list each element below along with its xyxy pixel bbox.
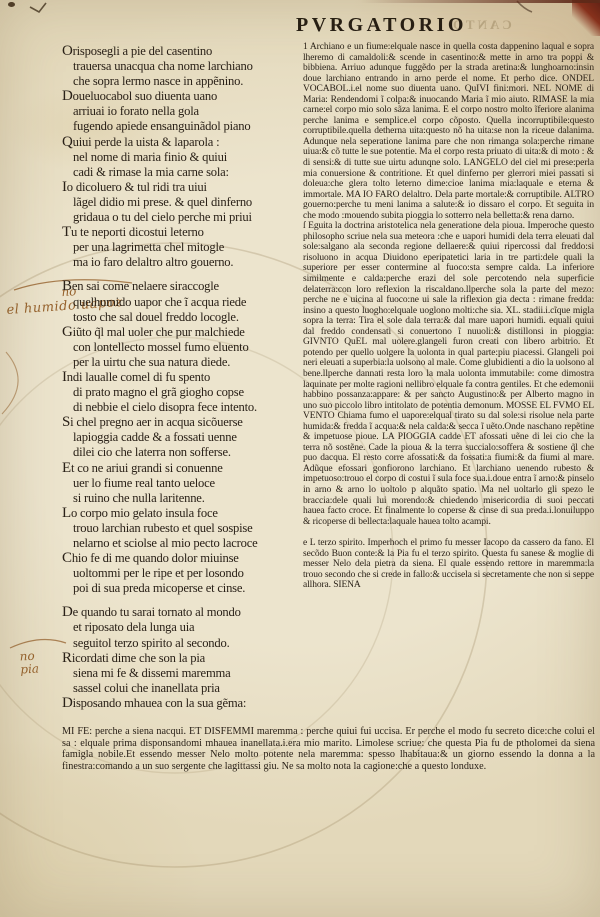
commentary-column: 1 Archiano e un fiume:elquale nasce in q… <box>303 42 594 591</box>
verse-line: Indi laualle comel di fu spento <box>62 370 308 385</box>
tercet: Chio fe di me quando dolor miuinseuoltom… <box>62 551 308 596</box>
verse-line: De quando tu sarai tornato al mondo <box>62 605 308 620</box>
commentary-paragraph: e L terzo spirito. Imperhoch el primo fu… <box>303 538 594 591</box>
tercet: Lo corpo mio gelato insula focetrouo lar… <box>62 506 308 551</box>
tercet: Disposando mhauea con la sua gẽma: <box>62 696 308 711</box>
verse-line: quelhumido uapor che ĩ acqua riede <box>62 295 308 310</box>
verse-line: Chio fe di me quando dolor miuinse <box>62 551 308 566</box>
verse-line: Doueluocabol suo diuenta uano <box>62 89 308 104</box>
verse-line: per la uirtu che sua natura diede. <box>62 355 308 370</box>
tercet: Si chel pregno aer in acqua sicõuerselap… <box>62 415 308 460</box>
marginalia-flourish <box>2 352 18 414</box>
verse-line: lãgel didio mi prese. & quel dinferno <box>62 195 308 210</box>
ink-spot <box>8 2 15 7</box>
tercet: Ben sai come nelaere siraccoglequelhumid… <box>62 279 308 324</box>
verse-line: Et co ne ariui grandi si conuenne <box>62 461 308 476</box>
verse-line: uoltommi per le ripe et per losondo <box>62 566 308 581</box>
book-page: CANTO PVRGATORIO no el humido uapoz no p… <box>0 0 600 917</box>
verse-line: Ricordati dime che son la pia <box>62 651 308 666</box>
verse-line: che sopra lermo nasce in appẽnino. <box>62 74 308 89</box>
verse-line: di prato magno el grã giogho copse <box>62 385 308 400</box>
bottom-commentary: MI FE: perche a siena nacqui. ET DISFEMM… <box>62 726 595 772</box>
tercet: Et co ne ariui grandi si conuenneuer lo … <box>62 461 308 506</box>
verse-line: lapioggia cadde & a fossati uenne <box>62 430 308 445</box>
verse-column: Orisposegli a pie del casentinotrauersa … <box>62 44 308 711</box>
tercet: Tu te neporti dicostui leternoper una la… <box>62 225 308 270</box>
verse-line: nel nome di maria finio & quiui <box>62 150 308 165</box>
verse-line: Lo corpo mio gelato insula foce <box>62 506 308 521</box>
verse-line: si ruino che nulla laritenne. <box>62 491 308 506</box>
verse-line: trouo larchian rubesto et quel sospise <box>62 521 308 536</box>
verse-line: sassel colui che inanellata pria <box>62 681 308 696</box>
verse-line: Disposando mhauea con la sua gẽma: <box>62 696 308 711</box>
ink-mark <box>30 3 46 12</box>
verse-line: uer lo fiume real tanto ueloce <box>62 476 308 491</box>
verse-line: trauersa unacqua cha nome larchiano <box>62 59 308 74</box>
page-edge-shadow <box>360 0 600 3</box>
tercet: Quiui perde la uista & laparola :nel nom… <box>62 135 308 180</box>
verse-line: con lontellecto mossel fumo eluento <box>62 340 308 355</box>
verse-line: seguitol terzo spirito al secondo. <box>62 636 308 651</box>
commentary-paragraph: 1 Archiano e un fiume:elquale nasce in q… <box>303 42 594 221</box>
verse-line: Tu te neporti dicostui leterno <box>62 225 308 240</box>
verse-line: et riposato dela lunga uia <box>62 620 308 635</box>
verse-line: Ben sai come nelaere siraccogle <box>62 279 308 294</box>
verse-line: cadi & rimase la mia carne sola: <box>62 165 308 180</box>
verse-line: Quiui perde la uista & laparola : <box>62 135 308 150</box>
verse-line: gridaua o tu del cielo perche mi priui <box>62 210 308 225</box>
verse-line: fugendo apiede ensanguinãdol piano <box>62 119 308 134</box>
verse-line: per una lagrimetta chel mitogle <box>62 240 308 255</box>
verse-line: dilei cio che laterra non sofferse. <box>62 445 308 460</box>
verse-line: nelarno et sciolse al mio pecto lacroce <box>62 536 308 551</box>
tercet: Io dicoluero & tul ridi tra uiuilãgel di… <box>62 180 308 225</box>
verse-line: siena mi fe & dissemi maremma <box>62 666 308 681</box>
marginalia-note-2: no pia <box>19 650 39 677</box>
verse-line: Io dicoluero & tul ridi tra uiui <box>62 180 308 195</box>
page-corner-stain <box>572 0 600 36</box>
verse-line: di nebbie el cielo disopra fece intento. <box>62 400 308 415</box>
verse-line: Si chel pregno aer in acqua sicõuerse <box>62 415 308 430</box>
commentary-paragraph: ſ Eguita la doctrina aristotelica nela g… <box>303 221 594 527</box>
marginalia-flourish <box>10 639 66 648</box>
verse-line: ma io faro delaltro altro gouerno. <box>62 255 308 270</box>
page-title: PVRGATORIO <box>296 14 467 37</box>
verse-line: arriuai io forato nella gola <box>62 104 308 119</box>
tercet: Giũto q̃l mal uoler che pur malchiedecon… <box>62 325 308 370</box>
tercet: Orisposegli a pie del casentinotrauersa … <box>62 44 308 89</box>
verse-line: Orisposegli a pie del casentino <box>62 44 308 59</box>
tercet: Ricordati dime che son la piasiena mi fe… <box>62 651 308 696</box>
marginalia-line: pia <box>20 663 39 677</box>
tercet: Indi laualle comel di fu spentodi prato … <box>62 370 308 415</box>
verse-line: poi di sua preda micoperse et cinse. <box>62 581 308 596</box>
tercet: Doueluocabol suo diuenta uanoarriuai io … <box>62 89 308 134</box>
verse-line: tosto che sal douel freddo locogle. <box>62 310 308 325</box>
verse-line: Giũto q̃l mal uoler che pur malchiede <box>62 325 308 340</box>
tercet: De quando tu sarai tornato al mondoet ri… <box>62 605 308 650</box>
